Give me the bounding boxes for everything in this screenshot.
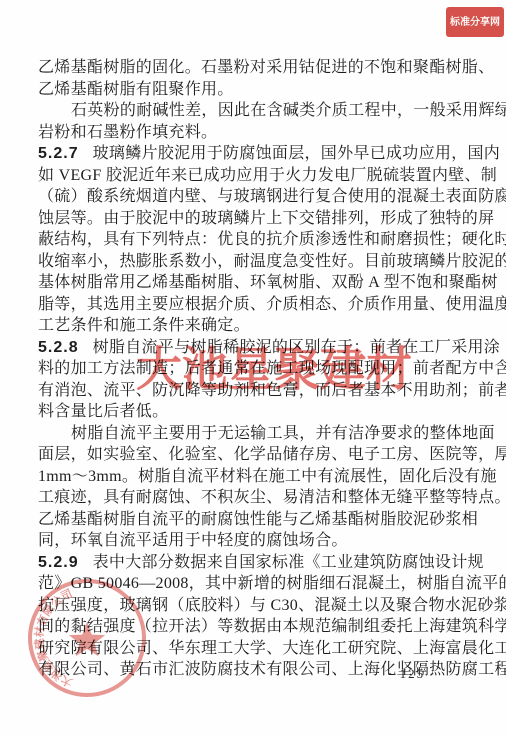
text-line: 工痕迹，具有耐腐蚀、不积灰尘、易清洁和整体无缝平整等特点。 — [38, 487, 476, 509]
line-text: 有消泡、流平、防沉降等助剂和色膏，而后者基本不用助剂；前者填 — [38, 382, 506, 399]
text-line: 料含量比后者低。 — [38, 401, 476, 423]
text-line: 树脂自流平主要用于无运输工具，并有洁净要求的整体地面 — [38, 423, 476, 445]
star-icon — [69, 622, 105, 656]
text-line: 同，环氧自流平适用于中轻度的腐蚀场合。 — [38, 530, 476, 552]
text-line: 5.2.7玻璃鳞片胶泥用于防腐蚀面层，国外早已成功应用，国内 — [38, 143, 476, 165]
line-text: 蚀层等。由于胶泥中的玻璃鳞片上下交错排列，形成了独特的屏 — [38, 210, 494, 227]
text-line: 有消泡、流平、防沉降等助剂和色膏，而后者基本不用助剂；前者填 — [38, 380, 476, 402]
line-text: 如 VEGF 胶泥近年来已成功应用于火力发电厂脱硫装置内壁、制 — [38, 167, 497, 184]
line-text: 乙烯基酯树脂有阻聚作用。 — [38, 81, 234, 98]
line-text: 乙烯基酯树脂的固化。石墨粉对采用钴促进的不饱和聚酯树脂、 — [38, 59, 494, 76]
line-text: 基体树脂常用乙烯基酯树脂、环氧树脂、双酚 A 型不饱和聚酯树 — [38, 274, 498, 291]
line-text: 表中大部分数据来自国家标准《工业建筑防腐蚀设计规 — [93, 554, 484, 571]
text-line: 蚀层等。由于胶泥中的玻璃鳞片上下交错排列，形成了独特的屏 — [38, 208, 476, 230]
line-text: 同，环氧自流平适用于中轻度的腐蚀场合。 — [38, 532, 348, 549]
line-text: 1mm～3mm。树脂自流平材料在施工中有流展性，固化后没有施 — [38, 468, 497, 485]
line-text: 树脂自流平与树脂稀胶泥的区别在于：前者在工厂采用涂 — [93, 339, 501, 356]
scanned-book-page: 标准分享网 乙烯基酯树脂的固化。石墨粉对采用钴促进的不饱和聚酯树脂、 乙烯基酯树… — [0, 0, 506, 736]
text-line: 脂等，其选用主要应根据介质、介质相态、介质作用量、使用温度等 — [38, 294, 476, 316]
text-line: 收缩率小，热膨胀系数小，耐温度急变性好。目前玻璃鳞片胶泥的 — [38, 251, 476, 273]
line-text: 树脂自流平主要用于无运输工具，并有洁净要求的整体地面 — [71, 425, 495, 442]
text-line: 蔽结构，具有下列特点：优良的抗介质渗透性和耐磨损性；硬化时 — [38, 229, 476, 251]
line-text: 收缩率小，热膨胀系数小，耐温度急变性好。目前玻璃鳞片胶泥的 — [38, 253, 506, 270]
text-line: 5.2.9表中大部分数据来自国家标准《工业建筑防腐蚀设计规 — [38, 552, 476, 574]
line-text: （硫）酸系统烟道内壁、与玻璃钢进行复合使用的混凝土表面防腐 — [38, 188, 506, 205]
text-line: 石英粉的耐碱性差，因此在含碱类介质工程中，一般采用辉绿 — [38, 100, 476, 122]
text-line: 工艺条件和施工条件来确定。 — [38, 315, 476, 337]
text-line: 5.2.8树脂自流平与树脂稀胶泥的区别在于：前者在工厂采用涂 — [38, 337, 476, 359]
line-text: 面层，如实验室、化验室、化学品储存房、电子工房、医院等，厚度在 — [38, 446, 506, 463]
text-line: 乙烯基酯树脂的固化。石墨粉对采用钴促进的不饱和聚酯树脂、 — [38, 57, 476, 79]
text-line: 面层，如实验室、化验室、化学品储存房、电子工房、医院等，厚度在 — [38, 444, 476, 466]
red-stamp-top-right: 标准分享网 — [446, 7, 504, 37]
section-number: 5.2.9 — [38, 554, 79, 571]
section-number: 5.2.8 — [38, 339, 79, 356]
text-line: 料的加工方法制造；后者通常在施工现场现配现用；前者配方中含 — [38, 358, 476, 380]
text-line: 如 VEGF 胶泥近年来已成功应用于火力发电厂脱硫装置内壁、制 — [38, 165, 476, 187]
line-text: 乙烯基酯树脂自流平的耐腐蚀性能与乙烯基酯树脂胶泥砂浆相 — [38, 511, 478, 528]
line-text: 料的加工方法制造；后者通常在施工现场现配现用；前者配方中含 — [38, 360, 506, 377]
section-number: 5.2.7 — [38, 145, 79, 162]
seal-arc-text: 大池星聚建材有限公司 — [32, 586, 75, 690]
text-line: 岩粉和石墨粉作填充料。 — [38, 122, 476, 144]
text-line: 乙烯基酯树脂有阻聚作用。 — [38, 79, 476, 101]
text-line: 1mm～3mm。树脂自流平材料在施工中有流展性，固化后没有施 — [38, 466, 476, 488]
red-circular-seal: 大池星聚建材有限公司 — [25, 576, 149, 700]
line-text: 石英粉的耐碱性差，因此在含碱类介质工程中，一般采用辉绿 — [71, 102, 506, 119]
line-text: 玻璃鳞片胶泥用于防腐蚀面层，国外早已成功应用，国内 — [93, 145, 501, 162]
page-number: · 125 · — [388, 666, 436, 682]
line-text: 工艺条件和施工条件来确定。 — [38, 317, 250, 334]
text-line: 基体树脂常用乙烯基酯树脂、环氧树脂、双酚 A 型不饱和聚酯树 — [38, 272, 476, 294]
line-text: 脂等，其选用主要应根据介质、介质相态、介质作用量、使用温度等 — [38, 296, 506, 313]
line-text: 岩粉和石墨粉作填充料。 — [38, 124, 217, 141]
text-line: 乙烯基酯树脂自流平的耐腐蚀性能与乙烯基酯树脂胶泥砂浆相 — [38, 509, 476, 531]
line-text: 料含量比后者低。 — [38, 403, 168, 420]
line-text: 蔽结构，具有下列特点：优良的抗介质渗透性和耐磨损性；硬化时 — [38, 231, 506, 248]
line-text: 工痕迹，具有耐腐蚀、不积灰尘、易清洁和整体无缝平整等特点。 — [38, 489, 506, 506]
text-line: （硫）酸系统烟道内壁、与玻璃钢进行复合使用的混凝土表面防腐 — [38, 186, 476, 208]
